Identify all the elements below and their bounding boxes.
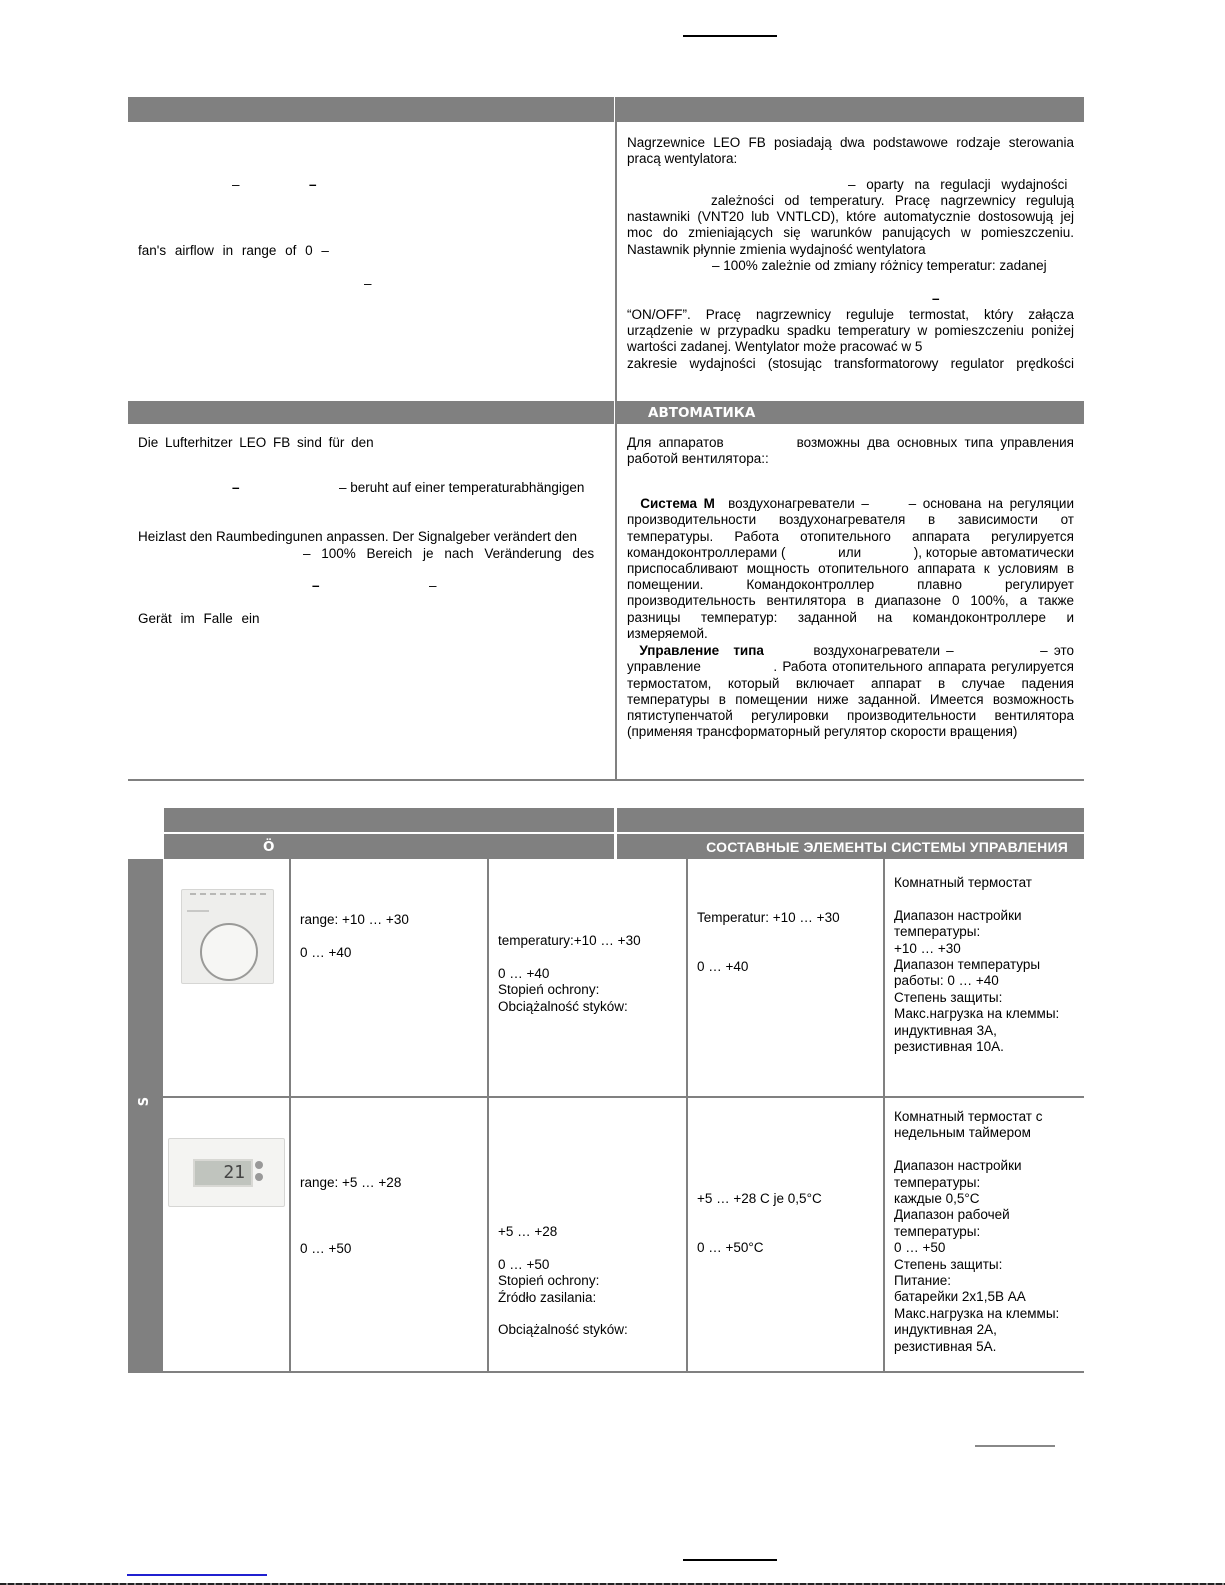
section2-right-intro: Для аппаратов возможны два основных типа… bbox=[627, 435, 1074, 467]
table-col-divider bbox=[883, 859, 885, 1372]
row1-col-en: range: +10 … +30 0 … +40 bbox=[300, 912, 409, 961]
lcd-screen: 21 bbox=[193, 1159, 253, 1187]
dial-knob-icon bbox=[200, 923, 258, 981]
lcd-thermostat-image: 21 bbox=[168, 1138, 285, 1207]
table-row-divider bbox=[163, 1096, 1084, 1098]
dial-thermostat-image bbox=[181, 889, 274, 984]
row1-col-de: Temperatur: +10 … +30 0 … +40 bbox=[697, 910, 840, 976]
section1-right-fragment: – 100% zależnie od zmiany różnicy temper… bbox=[712, 258, 1047, 274]
section2-left-line: Gerät im Falle ein bbox=[138, 611, 260, 627]
row1-col-ru: Комнатный термостат Диапазон настройки т… bbox=[894, 875, 1059, 1055]
footer-gray-rule bbox=[975, 1445, 1055, 1447]
up-button-icon bbox=[255, 1161, 263, 1169]
row2-col-en: range: +5 … +28 0 … +50 bbox=[300, 1175, 401, 1257]
section1-left-line: fan's airflow in range of 0 – bbox=[138, 243, 329, 259]
section2-left-fragment: – bbox=[232, 480, 240, 496]
table-side-label: S bbox=[128, 859, 163, 1372]
section1-left-fragment: – bbox=[309, 177, 317, 193]
footer-link-underline[interactable] bbox=[127, 1574, 267, 1576]
table-bottom-rule bbox=[128, 1371, 1084, 1373]
section2-right-type: Управление типа воздухонагреватели – – э… bbox=[627, 627, 1074, 740]
section2-left-fragment: – bbox=[312, 578, 320, 594]
table-col-divider bbox=[487, 859, 489, 1372]
section1-right-header bbox=[617, 97, 1084, 122]
section1-right-fragment: – bbox=[932, 291, 940, 307]
table-header-row2-right: СОСТАВНЫЕ ЭЛЕМЕНТЫ СИСТЕМЫ УПРАВЛЕНИЯ bbox=[617, 834, 1084, 859]
section2-left-line: Heizlast den Raumbedingunen anpassen. De… bbox=[138, 529, 577, 545]
section2-right-header: АВТОМАТИКА bbox=[617, 401, 1084, 424]
brand-mark bbox=[187, 910, 209, 912]
section1-right-paragraph: zakresie wydajności (stosując transforma… bbox=[627, 356, 1074, 372]
table-header-row1-right bbox=[617, 808, 1084, 832]
table-header-row2-left: Ö bbox=[164, 834, 614, 859]
row2-col-ru: Комнатный термостат с недельным таймером… bbox=[894, 1109, 1059, 1355]
section2-left-header bbox=[128, 401, 614, 424]
column-divider bbox=[615, 97, 617, 780]
header-rule bbox=[683, 35, 777, 37]
section1-right-intro: Nagrzewnice LEO FB posiadają dwa podstaw… bbox=[627, 135, 1074, 167]
section1-left-header bbox=[128, 97, 614, 122]
down-button-icon bbox=[255, 1173, 263, 1181]
row1-col-pl: temperatury:+10 … +30 0 … +40 Stopień oc… bbox=[498, 933, 641, 1015]
section2-right-system-m: Система М воздухонагреватели – – основан… bbox=[627, 480, 1074, 642]
section1-right-paragraph: “ON/OFF”. Pracę nagrzewnicy reguluje ter… bbox=[627, 307, 1074, 356]
section2-left-line: – beruht auf einer temperaturabhängigen bbox=[339, 480, 584, 496]
section1-right-fragment: – oparty na regulacji wydajności bbox=[848, 177, 1067, 193]
section2-bottom-rule bbox=[128, 779, 1084, 781]
section2-left-line: – 100% Bereich je nach Veränderung des bbox=[303, 546, 594, 562]
table-col-divider bbox=[289, 859, 291, 1372]
section1-left-fragment: – bbox=[232, 177, 240, 193]
vent-slots bbox=[190, 893, 266, 895]
row2-col-pl: +5 … +28 0 … +50 Stopień ochrony: Źródło… bbox=[498, 1224, 628, 1339]
section1-right-paragraph: zależności od temperatury. Pracę nagrzew… bbox=[627, 193, 1074, 258]
footer-rule bbox=[683, 1559, 777, 1561]
section1-left-fragment: – bbox=[364, 276, 372, 292]
table-col-divider bbox=[686, 859, 688, 1372]
section2-left-fragment: – bbox=[429, 578, 437, 594]
table-header-row1-left bbox=[164, 808, 614, 832]
row2-col-de: +5 … +28 C je 0,5°C 0 … +50°C bbox=[697, 1191, 822, 1257]
section2-left-line: Die Lufterhitzer LEO FB sind für den bbox=[138, 435, 374, 451]
